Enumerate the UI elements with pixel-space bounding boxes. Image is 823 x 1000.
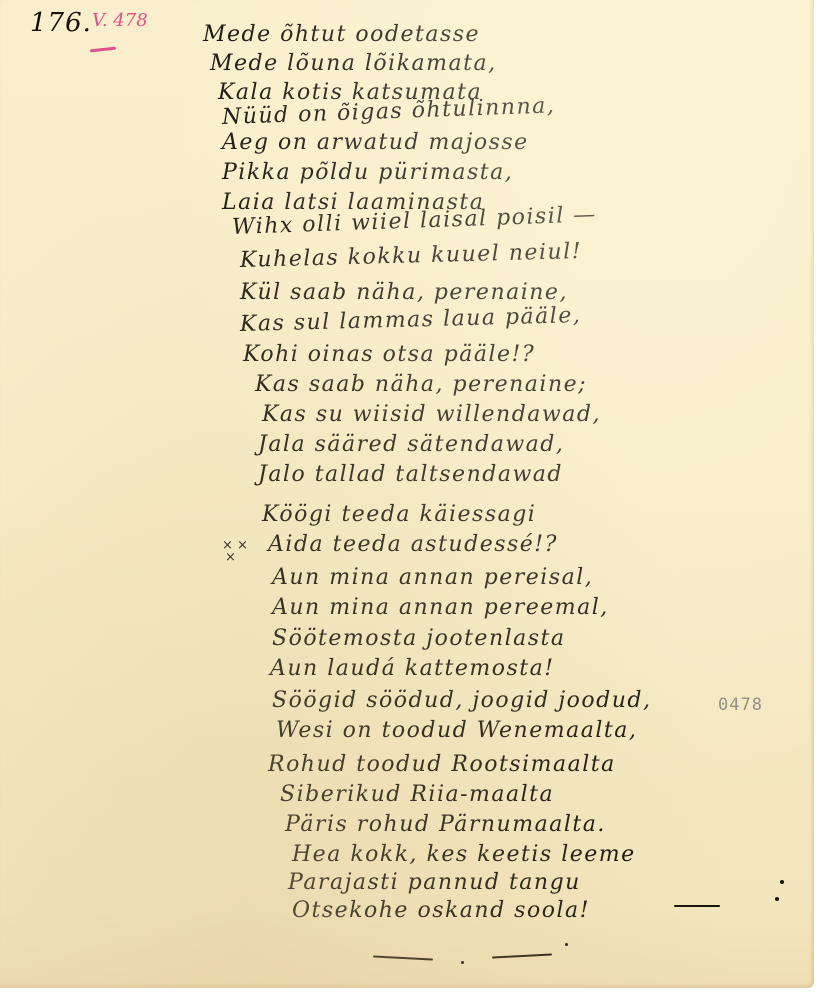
cross-mark-row: ×: [222, 552, 248, 564]
poem-line: Aun mina annan pereisal,: [272, 565, 593, 590]
margin-dot: [775, 897, 779, 901]
poem-text: Mede õhtut oodetasse Mede lõuna lõikamat…: [0, 0, 814, 990]
poem-line: Aun mina annan pereemal,: [272, 595, 609, 620]
poem-line: Söötemosta jootenlasta: [272, 626, 566, 651]
poem-line: Otsekohe oskand soola!: [292, 898, 590, 923]
poem-line: Aeg on arwatud majosse: [222, 130, 529, 155]
paper-sheet: 176. V. 478 0478 Mede õhtut oodetasse Me…: [0, 0, 814, 988]
scanned-page: 176. V. 478 0478 Mede õhtut oodetasse Me…: [0, 0, 823, 1000]
poem-line: Mede õhtut oodetasse: [203, 22, 480, 47]
poem-line: Wesi on toodud Wenemaalta,: [276, 718, 637, 743]
poem-line: Kas sul lammas laua pääle,: [240, 303, 582, 337]
poem-line: Söögid söödud, joogid joodud,: [272, 688, 652, 713]
poem-line: Kohi oinas otsa pääle!?: [243, 342, 535, 367]
margin-dot: [780, 880, 784, 884]
poem-line: Aun laudá kattemosta!: [270, 656, 555, 681]
poem-line: Kas su wiisid willendawad,: [262, 402, 601, 427]
flourish-dot: [461, 961, 464, 964]
poem-line: Rohud toodud Rootsimaalta: [268, 752, 616, 777]
poem-line: Kül saab näha, perenaine,: [240, 280, 568, 305]
poem-line: Aida teeda astudessé!?: [268, 532, 558, 557]
poem-line: Mede lõuna lõikamata,: [210, 51, 497, 76]
poem-line: Päris rohud Pärnumaalta.: [285, 812, 606, 837]
poem-line: Jala sääred sätendawad,: [258, 432, 564, 457]
poem-line: Siberikud Riia-maalta: [280, 782, 554, 807]
poem-line: Kuhelas kokku kuuel neiul!: [240, 239, 583, 273]
closing-flourish-left: [373, 955, 433, 960]
poem-line: Hea kokk, kes keetis leeme: [292, 842, 636, 867]
poem-line: Jalo tallad taltsendawad: [258, 462, 563, 487]
margin-cross-marks: × × ×: [222, 540, 248, 564]
end-dash: [674, 905, 720, 907]
closing-flourish-right: [492, 953, 552, 958]
poem-line: Parajasti pannud tangu: [288, 870, 581, 895]
poem-line: Köögi teeda käiessagi: [262, 502, 536, 527]
ink-speck: [565, 943, 568, 946]
poem-line: Kas saab näha, perenaine;: [255, 372, 587, 397]
poem-line: Pikka põldu pürimasta,: [222, 160, 513, 185]
